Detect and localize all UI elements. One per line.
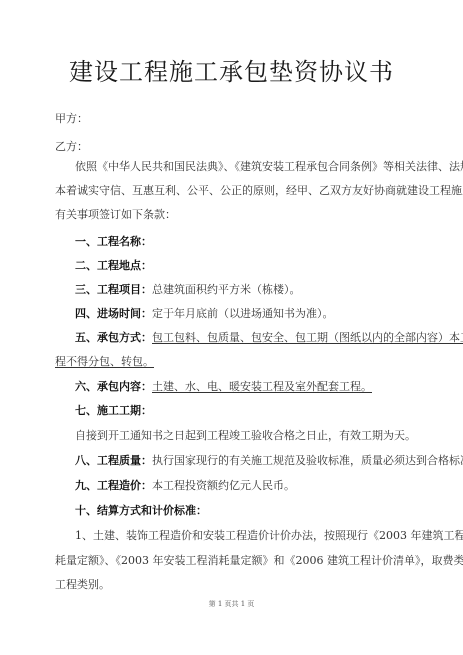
clause-8: 八、工程质量：执行国家现行的有关施工规范及验收标准，质量必须达到合格标准。 [75,454,463,468]
clause-text: 总建筑面积约平方米（栋楼）。 [152,283,301,296]
preamble-line-2: 本着诚实守信、互惠互利、公平、公正的原则，经甲、乙双方友好协商就建设工程施工 [55,184,463,198]
clause-label: 四、进场时间： [75,307,152,320]
clause-label: 五、承包方式： [75,331,152,344]
settlement-line-2: 耗量定额》、《2003 年安装工程消耗量定额》和《2006 建筑工程计价清单》，… [55,554,463,568]
page-footer: 第 1 页共 1 页 [0,599,463,609]
clause-3: 三、工程项目：总建筑面积约平方米（栋楼）。 [75,283,301,297]
clause-7-body: 自接到开工通知书之日起到工程竣工验收合格之日止，有效工期为天。 [75,429,416,443]
clause-5: 五、承包方式：包工包料、包质量、包安全、包工期（图纸以内的全部内容）本工 [75,331,463,345]
clause-label: 三、工程项目： [75,283,152,296]
clause-text: 程不得分包、转包。 [55,355,154,368]
clause-4: 四、进场时间：定于年月底前（以进场通知书为准）。 [75,307,334,321]
clause-label: 九、工程造价： [75,479,152,492]
clause-label: 七、施工工期： [75,404,152,417]
clause-label: 六、承包内容： [75,380,152,393]
document-title: 建设工程施工承包垫资协议书 [0,52,463,87]
clause-label: 八、工程质量： [75,454,152,467]
preamble-line-1: 依照《中华人民共和国民法典》、《建筑安装工程承包合同条例》等相关法律、法规， [75,160,463,174]
clause-10: 十、结算方式和计价标准： [75,504,207,518]
clause-text: 自接到开工通知书之日起到工程竣工验收合格之日止，有效工期为天。 [75,429,416,442]
clause-5-continued: 程不得分包、转包。 [55,355,154,369]
clause-label: 十、结算方式和计价标准： [75,504,207,517]
clause-6: 六、承包内容：土建、水、电、暖安装工程及室外配套工程。 [75,380,372,394]
clause-1: 一、工程名称： [75,235,152,249]
clause-label: 二、工程地点： [75,259,152,272]
settlement-line-1: 1、土建、装饰工程造价和安装工程造价计价办法，按照现行《2003 年建筑工程消 [75,529,463,543]
clause-text: 执行国家现行的有关施工规范及验收标准，质量必须达到合格标准。 [152,454,463,467]
clause-label: 一、工程名称： [75,235,152,248]
settlement-line-3: 工程类别。 [55,578,110,592]
clause-text: 土建、水、电、暖安装工程及室外配套工程。 [152,380,372,393]
preamble-line-3: 有关事项签订如下条款： [55,208,176,222]
clause-text: 本工程投资额约亿元人民币。 [152,479,295,492]
party-a-label: 甲方： [55,112,88,126]
clause-2: 二、工程地点： [75,259,152,273]
party-b-label: 乙方： [55,140,88,154]
clause-9: 九、工程造价：本工程投资额约亿元人民币。 [75,479,295,493]
clause-text: 定于年月底前（以进场通知书为准）。 [152,307,334,320]
clause-text: 包工包料、包质量、包安全、包工期（图纸以内的全部内容）本工 [152,331,463,344]
clause-7: 七、施工工期： [75,404,152,418]
